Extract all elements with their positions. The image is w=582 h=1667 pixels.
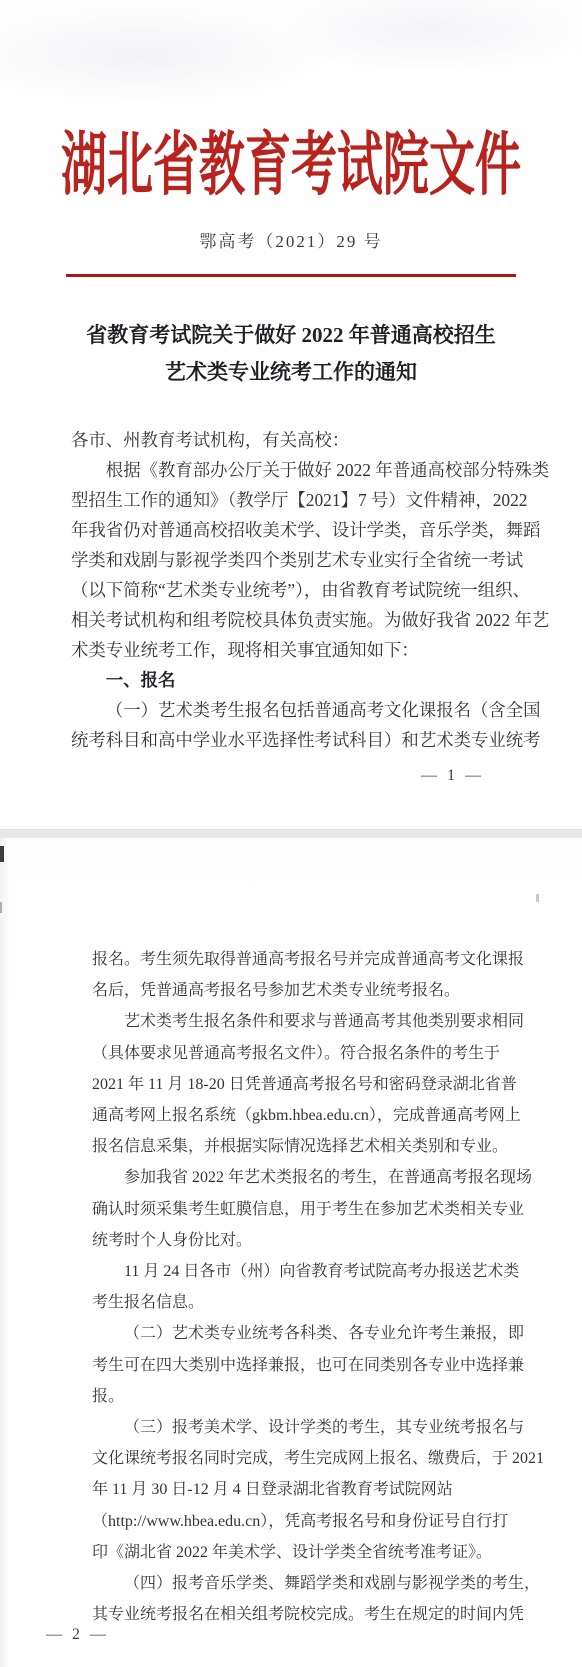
text-line: 考生可在四大类别中选择兼报，也可在同类别各专业中选择兼 (92, 1350, 492, 1381)
text-line: 相关考试机构和组考院校具体负责实施。为做好我省 2022 年艺 (71, 605, 513, 635)
scan-edge-artifact (0, 902, 2, 913)
text-line: （三）报考美术学、设计学类的考生，其专业统考报名与 (92, 1412, 492, 1443)
text-line: 学类和戏剧与影视学类四个类别艺术专业实行全省统一考试 (71, 545, 513, 575)
text-line: （具体要求见普通高考报名文件）。符合报名条件的考生于 (92, 1038, 492, 1069)
text-line: 根据《教育部办公厅关于做好 2022 年普通高校部分特殊类 (71, 455, 513, 485)
text-line: 名后，凭普通高考报名号参加艺术类专业统考报名。 (92, 975, 492, 1006)
text-line: 统考科目和高中学业水平选择性考试科目）和艺术类专业统考 (71, 725, 513, 755)
text-line: 考生报名信息。 (92, 1287, 492, 1318)
text-line: 型招生工作的通知》（教学厅【2021】7 号）文件精神，2022 (71, 485, 513, 515)
text-line: 2021 年 11 月 18-20 日凭普通高考报名号和密码登录湖北省普 (92, 1069, 492, 1100)
text-line: （二）艺术类专业统考各科类、各专业允许考生兼报，即 (92, 1318, 492, 1349)
page1-body-text: 各市、州教育考试机构，有关高校：根据《教育部办公厅关于做好 2022 年普通高校… (71, 425, 513, 755)
text-line: 术类专业统考工作，现将相关事宜通知如下： (71, 635, 513, 665)
page2-body-text: 报名。考生须先取得普通高考报名号并完成普通高考文化课报名后，凭普通高考报名号参加… (92, 944, 492, 1630)
text-line: 一、报名 (71, 665, 513, 695)
text-line: 艺术类考生报名条件和要求与普通高考其他类别要求相同 (92, 1006, 492, 1037)
text-line: 报。 (92, 1381, 492, 1412)
text-line: （四）报考音乐学类、舞蹈学类和戏剧与影视学类的考生， (92, 1568, 492, 1599)
text-line: 报名。考生须先取得普通高考报名号并完成普通高考文化课报 (92, 944, 492, 975)
text-line: 参加我省 2022 年艺术类报名的考生，在普通高考报名现场 (92, 1162, 492, 1193)
document-title-line-2: 艺术类专业统考工作的通知 (0, 354, 582, 391)
text-line: 各市、州教育考试机构，有关高校： (71, 425, 513, 455)
letterhead-title: 湖北省教育考试院文件 (0, 110, 582, 209)
scan-speck-artifact (536, 894, 539, 902)
text-line: 通高考网上报名系统（gkbm.hbea.edu.cn），完成普通高考网上 (92, 1100, 492, 1131)
scanned-document: 湖北省教育考试院文件 鄂高考（2021）29 号 省教育考试院关于做好 2022… (0, 0, 582, 1667)
text-line: 统考时个人身份比对。 (92, 1225, 492, 1256)
text-line: 其专业统考报名在相关组考院校完成。考生在规定的时间内凭 (92, 1599, 492, 1630)
text-line: 11 月 24 日各市（州）向省教育考试院高考办报送艺术类 (92, 1256, 492, 1287)
page2-page-number: — 2 — (46, 1626, 109, 1644)
text-line: 确认时须采集考生虹膜信息，用于考生在参加艺术类相关专业 (92, 1194, 492, 1225)
text-line: 文化课统考报名同时完成，考生完成网上报名、缴费后，于 2021 (92, 1443, 492, 1474)
document-number: 鄂高考（2021）29 号 (0, 227, 582, 252)
scan-edge-artifact (0, 846, 4, 862)
letterhead-rule (66, 274, 516, 277)
document-page-2: 报名。考生须先取得普通高考报名号并完成普通高考文化课报名后，凭普通高考报名号参加… (0, 838, 582, 1667)
document-title: 省教育考试院关于做好 2022 年普通高校招生 艺术类专业统考工作的通知 (0, 317, 582, 391)
text-line: 年我省仍对普通高校招收美术学、设计学类，音乐学类，舞蹈 (71, 515, 513, 545)
text-line: 印《湖北省 2022 年美术学、设计学类全省统考准考证》。 (92, 1537, 492, 1568)
text-line: （一）艺术类考生报名包括普通高考文化课报名（含全国 (71, 695, 513, 725)
text-line: （以下简称“艺术类专业统考”），由省教育考试院统一组织、 (71, 575, 513, 605)
page1-page-number: — 1 — (421, 767, 484, 785)
document-page-1: 湖北省教育考试院文件 鄂高考（2021）29 号 省教育考试院关于做好 2022… (0, 0, 582, 830)
page-gap-divider (0, 830, 582, 838)
text-line: （http://www.hbea.edu.cn），凭高考报名号和身份证号自行打 (92, 1506, 492, 1537)
document-title-line-1: 省教育考试院关于做好 2022 年普通高校招生 (0, 317, 582, 354)
text-line: 年 11 月 30 日-12 月 4 日登录湖北省教育考试院网站 (92, 1474, 492, 1505)
text-line: 报名信息采集，并根据实际情况选择艺术相关类别和专业。 (92, 1131, 492, 1162)
